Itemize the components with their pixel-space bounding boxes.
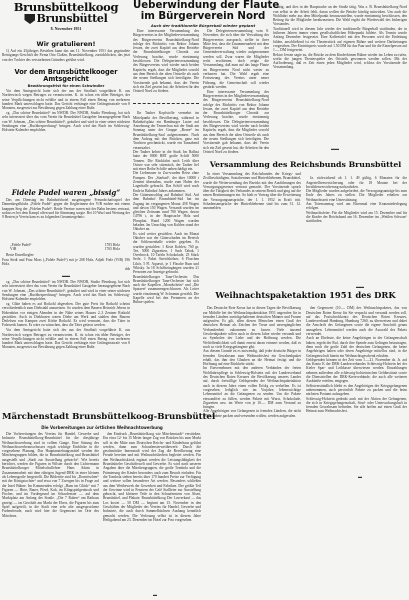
article-end-mark: ▬ [345,474,375,479]
headline-drk: Weihnachtspaketaktion 1951 des DRK [203,291,408,300]
article-separator: ▬▬ [2,273,130,278]
headline-amtsgericht: Vor dem Brunsbüttelkooger Amtsgericht [2,69,130,83]
article-drk-col2: den Gegenwert (10.— DM) des Weihnachtspa… [306,302,407,472]
headline-pudel: Fidele Pudel waren „bissig“ [2,189,130,196]
author-signature: dds [2,267,130,271]
section-divider [133,103,199,104]
local-notices: cg. „Das schöne Brunsbüttel“ im NWDR. De… [2,280,130,409]
subhead-maerchenstadt: Die Vorbereitungen zur örtlichen Weihnac… [2,425,202,430]
issue-date: 8. November 1951 [2,26,130,31]
article-pudel-body: Das am Dienstag im Bahnhofshotel ausgetr… [2,198,130,241]
masthead-title-line2: Brunsbüttel [2,13,130,25]
article-gratulieren-body: 1) Auf ein 25jähriges Bestehen kann das … [2,49,130,66]
pudel-best: Beste Einzelkegler: Frau Siedt und Frau … [2,253,130,271]
headline-maerchenstadt: Märchenstadt Brunsbüttelkoog-Brunsbüttel [2,413,202,422]
result-row: VfB1765 Holz [10,247,120,251]
article-maerchenstadt-col1: Die Vorbereitungen des Vereins für Hande… [2,432,99,598]
article-separator: ▬▬ [345,284,375,289]
article-reichsbund-col1: In einer Versammlung des Reichsbundes de… [203,172,301,288]
article-amtsgericht-body: Vor dem Amtsgericht hatte sich der aus d… [2,89,130,186]
subhead-amtsgericht: Bewährungsfrist für einen Schwindler [2,84,130,88]
headline-flaute: Ueberwindung der Flaute im Bürgerverein … [133,1,273,22]
article-reichsbund-col2: Ja. rückwirkend ab 1. 1. 49 gültig, 6 Mo… [306,172,407,284]
article-drk-col1: Das Deutsche Rote Kreuz hat in diesen Ta… [203,302,301,472]
shipping-notices: Ihr Tauber Kopfstoffe vermehrt im Mittel… [133,107,199,407]
headline-gratulieren: Wir gratulieren! [2,41,130,48]
article-flaute-col2: Die Delegiertenversammlung vom 8. Novemb… [203,29,269,159]
article-maerchenstadt-col2: den Eindruck „Brunsbüttelkoog wie Märche… [103,432,201,592]
article-flaute-col1: Eine interessante Versammlung des Bürger… [133,29,199,101]
masthead: Brunsbüttelkoog Brunsbüttel 8. November … [2,1,130,31]
article-end-mark: ▬ [140,592,170,597]
article-separator: ▬▬ [320,146,350,151]
article-flaute-col3: tätig, und dies in der Hauptsache an der… [273,1,407,143]
coat-of-arms-icon [24,14,35,24]
headline-reichsbund: Versammlung des Reichsbunds Brunsbüttel [203,161,408,169]
subhead-flaute: Auch der traditionelle Bürgerball wieder… [133,23,273,28]
